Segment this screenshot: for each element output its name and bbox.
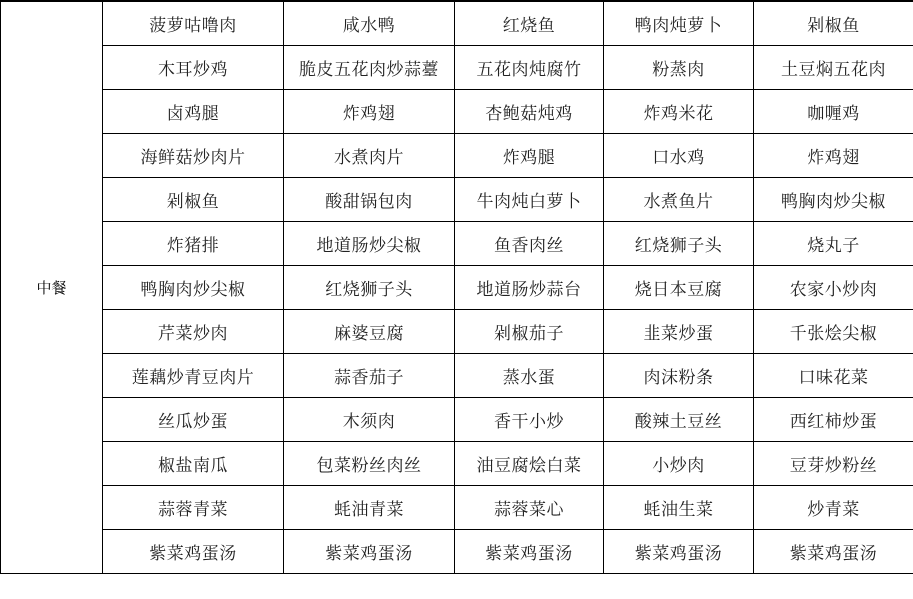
dish-cell: 紫菜鸡蛋汤 — [284, 530, 455, 574]
dish-cell: 蒜蓉青菜 — [103, 486, 284, 530]
dish-cell: 红烧狮子头 — [604, 222, 754, 266]
dish-cell: 紫菜鸡蛋汤 — [754, 530, 913, 574]
dish-cell: 海鲜菇炒肉片 — [103, 134, 284, 178]
dish-cell: 咸水鸭 — [284, 1, 455, 46]
dish-cell: 水煮鱼片 — [604, 178, 754, 222]
table-row: 中餐 菠萝咕噜肉 咸水鸭 红烧鱼 鸭肉炖萝卜 剁椒鱼 — [1, 1, 913, 46]
table-row: 木耳炒鸡 脆皮五花肉炒蒜薹 五花肉炖腐竹 粉蒸肉 土豆焖五花肉 — [1, 46, 913, 90]
table-row: 炸猪排 地道肠炒尖椒 鱼香肉丝 红烧狮子头 烧丸子 — [1, 222, 913, 266]
dish-cell: 口味花菜 — [754, 354, 913, 398]
dish-cell: 五花肉炖腐竹 — [455, 46, 604, 90]
dish-cell: 鸭肉炖萝卜 — [604, 1, 754, 46]
dish-cell: 剁椒茄子 — [455, 310, 604, 354]
dish-cell: 地道肠炒尖椒 — [284, 222, 455, 266]
dish-cell: 包菜粉丝肉丝 — [284, 442, 455, 486]
table-row: 芹菜炒肉 麻婆豆腐 剁椒茄子 韭菜炒蛋 千张烩尖椒 — [1, 310, 913, 354]
dish-cell: 地道肠炒蒜台 — [455, 266, 604, 310]
dish-cell: 口水鸡 — [604, 134, 754, 178]
dish-cell: 脆皮五花肉炒蒜薹 — [284, 46, 455, 90]
dish-cell: 肉沫粉条 — [604, 354, 754, 398]
dish-cell: 牛肉炖白萝卜 — [455, 178, 604, 222]
table-row: 紫菜鸡蛋汤 紫菜鸡蛋汤 紫菜鸡蛋汤 紫菜鸡蛋汤 紫菜鸡蛋汤 — [1, 530, 913, 574]
lunch-menu-table: 中餐 菠萝咕噜肉 咸水鸭 红烧鱼 鸭肉炖萝卜 剁椒鱼 木耳炒鸡 脆皮五花肉炒蒜薹… — [0, 0, 913, 574]
table-row: 丝瓜炒蛋 木须肉 香干小炒 酸辣土豆丝 西红柿炒蛋 — [1, 398, 913, 442]
dish-cell: 炸猪排 — [103, 222, 284, 266]
dish-cell: 丝瓜炒蛋 — [103, 398, 284, 442]
dish-cell: 蚝油生菜 — [604, 486, 754, 530]
dish-cell: 酸甜锅包肉 — [284, 178, 455, 222]
dish-cell: 鸭胸肉炒尖椒 — [103, 266, 284, 310]
dish-cell: 西红柿炒蛋 — [754, 398, 913, 442]
dish-cell: 杏鲍菇炖鸡 — [455, 90, 604, 134]
dish-cell: 土豆焖五花肉 — [754, 46, 913, 90]
dish-cell: 炸鸡翅 — [754, 134, 913, 178]
menu-table-body: 中餐 菠萝咕噜肉 咸水鸭 红烧鱼 鸭肉炖萝卜 剁椒鱼 木耳炒鸡 脆皮五花肉炒蒜薹… — [1, 1, 913, 574]
dish-cell: 水煮肉片 — [284, 134, 455, 178]
table-row: 鸭胸肉炒尖椒 红烧狮子头 地道肠炒蒜台 烧日本豆腐 农家小炒肉 — [1, 266, 913, 310]
dish-cell: 菠萝咕噜肉 — [103, 1, 284, 46]
dish-cell: 咖喱鸡 — [754, 90, 913, 134]
dish-cell: 紫菜鸡蛋汤 — [604, 530, 754, 574]
dish-cell: 剁椒鱼 — [103, 178, 284, 222]
dish-cell: 卤鸡腿 — [103, 90, 284, 134]
dish-cell: 炒青菜 — [754, 486, 913, 530]
table-row: 海鲜菇炒肉片 水煮肉片 炸鸡腿 口水鸡 炸鸡翅 — [1, 134, 913, 178]
dish-cell: 木须肉 — [284, 398, 455, 442]
dish-cell: 油豆腐烩白菜 — [455, 442, 604, 486]
dish-cell: 酸辣土豆丝 — [604, 398, 754, 442]
dish-cell: 烧日本豆腐 — [604, 266, 754, 310]
dish-cell: 千张烩尖椒 — [754, 310, 913, 354]
dish-cell: 韭菜炒蛋 — [604, 310, 754, 354]
dish-cell: 炸鸡米花 — [604, 90, 754, 134]
dish-cell: 粉蒸肉 — [604, 46, 754, 90]
dish-cell: 麻婆豆腐 — [284, 310, 455, 354]
dish-cell: 香干小炒 — [455, 398, 604, 442]
dish-cell: 烧丸子 — [754, 222, 913, 266]
dish-cell: 紫菜鸡蛋汤 — [103, 530, 284, 574]
dish-cell: 鱼香肉丝 — [455, 222, 604, 266]
table-row: 蒜蓉青菜 蚝油青菜 蒜蓉菜心 蚝油生菜 炒青菜 — [1, 486, 913, 530]
dish-cell: 炸鸡翅 — [284, 90, 455, 134]
dish-cell: 椒盐南瓜 — [103, 442, 284, 486]
table-row: 莲藕炒青豆肉片 蒜香茄子 蒸水蛋 肉沫粉条 口味花菜 — [1, 354, 913, 398]
dish-cell: 鸭胸肉炒尖椒 — [754, 178, 913, 222]
dish-cell: 木耳炒鸡 — [103, 46, 284, 90]
dish-cell: 红烧狮子头 — [284, 266, 455, 310]
dish-cell: 芹菜炒肉 — [103, 310, 284, 354]
table-row: 卤鸡腿 炸鸡翅 杏鲍菇炖鸡 炸鸡米花 咖喱鸡 — [1, 90, 913, 134]
dish-cell: 蒜蓉菜心 — [455, 486, 604, 530]
dish-cell: 剁椒鱼 — [754, 1, 913, 46]
dish-cell: 蒜香茄子 — [284, 354, 455, 398]
dish-cell: 蒸水蛋 — [455, 354, 604, 398]
meal-label-cell: 中餐 — [1, 1, 103, 574]
dish-cell: 紫菜鸡蛋汤 — [455, 530, 604, 574]
table-row: 剁椒鱼 酸甜锅包肉 牛肉炖白萝卜 水煮鱼片 鸭胸肉炒尖椒 — [1, 178, 913, 222]
dish-cell: 蚝油青菜 — [284, 486, 455, 530]
table-row: 椒盐南瓜 包菜粉丝肉丝 油豆腐烩白菜 小炒肉 豆芽炒粉丝 — [1, 442, 913, 486]
dish-cell: 红烧鱼 — [455, 1, 604, 46]
dish-cell: 小炒肉 — [604, 442, 754, 486]
dish-cell: 农家小炒肉 — [754, 266, 913, 310]
dish-cell: 莲藕炒青豆肉片 — [103, 354, 284, 398]
dish-cell: 豆芽炒粉丝 — [754, 442, 913, 486]
dish-cell: 炸鸡腿 — [455, 134, 604, 178]
